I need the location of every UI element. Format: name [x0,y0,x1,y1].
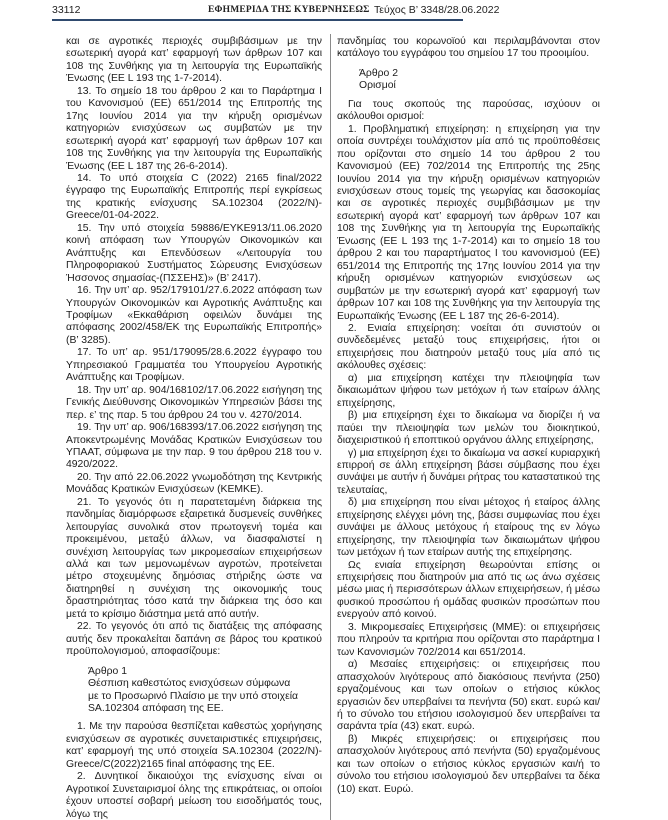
paragraph: α) Μεσαίες επιχειρήσεις: οι επιχειρήσεις… [337,659,600,734]
paragraph: 22. Το γεγονός ότι από τις διατάξεις της… [66,621,322,658]
paragraph: 2. Δυνητικοί δικαιούχοι της ενίσχυσης εί… [66,771,322,820]
article-2-title: Ορισμοί [359,80,600,92]
paragraph: 19. Την υπ’ αρ. 906/168393/17.06.2022 ει… [66,422,322,472]
column-divider [330,34,331,820]
article-1-title-line: Θέσπιση καθεστώτος ενισχύσεων σύμφωνα [88,678,322,690]
paragraph: 21. Το γεγονός ότι η παρατεταμένη διάρκε… [66,497,322,622]
paragraph: 20. Την από 22.06.2022 γνωμοδότηση της Κ… [66,472,322,497]
paragraph: γ) μια επιχείρηση έχει το δικαίωμα να ασ… [337,448,600,498]
paragraph: 3. Μικρομεσαίες Επιχειρήσεις (ΜΜΕ): οι ε… [337,622,600,659]
paragraph: 15. Την υπό στοιχεία 59886/ΕΥΚΕ913/11.06… [66,223,322,285]
article-1-title-line: SA.102304 απόφαση της ΕΕ. [88,703,322,715]
paragraph: 14. Το υπό στοιχεία C (2022) 2165 final/… [66,173,322,223]
paragraph: 2. Ενιαία επιχείρηση: νοείται ότι συνιστ… [337,323,600,373]
gazette-page: 33112 ΕΦΗΜΕΡΙΔΑ ΤΗΣ ΚΥΒΕΡΝΗΣΕΩΣ Τεύχος Β… [0,0,668,820]
paragraph: 18. Την υπ’ αρ. 904/168102/17.06.2022 ει… [66,385,322,422]
article-2-heading-block: Άρθρο 2 Ορισμοί [359,68,600,93]
header-rule [52,19,463,21]
article-1-title-line: με το Προσωρινό Πλαίσιο με την υπό στοιχ… [88,691,322,703]
paragraph: 16. Την υπ’ αρ. 952/179101/27.6.2022 από… [66,285,322,347]
paragraph: 17. Το υπ’ αρ. 951/179095/28.6.2022 έγγρ… [66,347,322,384]
paragraph: 1. Με την παρούσα θεσπίζεται καθεστώς χο… [66,721,322,771]
paragraph: β) Μικρές επιχειρήσεις: οι επιχειρήσεις … [337,734,600,796]
paragraph: 1. Προβληματική επιχείρηση: η επιχείρηση… [337,124,600,323]
paragraph: 13. Το σημείο 18 του άρθρου 2 και το Παρ… [66,86,322,173]
right-column: πανδημίας του κορωνοϊού και περιλαμβάνον… [337,36,600,796]
article-2-heading: Άρθρο 2 [359,68,600,80]
article-1-heading-block: Άρθρο 1 Θέσπιση καθεστώτος ενισχύσεων σύ… [88,666,322,716]
paragraph: δ) μια επιχείρηση που είναι μέτοχος ή ετ… [337,497,600,559]
issue-number: Τεύχος Β’ 3348/28.06.2022 [374,4,499,16]
paragraph: πανδημίας του κορωνοϊού και περιλαμβάνον… [337,36,600,61]
paragraph: Για τους σκοπούς της παρούσας, ισχύουν ο… [337,99,600,124]
article-1-heading: Άρθρο 1 [88,666,322,678]
left-column: και σε αγροτικές περιοχές συμβιβάσιμων μ… [66,36,322,820]
paragraph: β) μια επιχείρηση έχει το δικαίωμα να δι… [337,410,600,447]
page-number: 33112 [52,4,80,16]
paragraph: Ως ενιαία επιχείρηση θεωρούνται επίσης ο… [337,560,600,622]
paragraph: α) μια επιχείρηση κατέχει την πλειοψηφία… [337,373,600,410]
paragraph: και σε αγροτικές περιοχές συμβιβάσιμων μ… [66,36,322,86]
gazette-title: ΕΦΗΜΕΡΙΔΑ ΤΗΣ ΚΥΒΕΡΝΗΣΕΩΣ [208,5,370,15]
